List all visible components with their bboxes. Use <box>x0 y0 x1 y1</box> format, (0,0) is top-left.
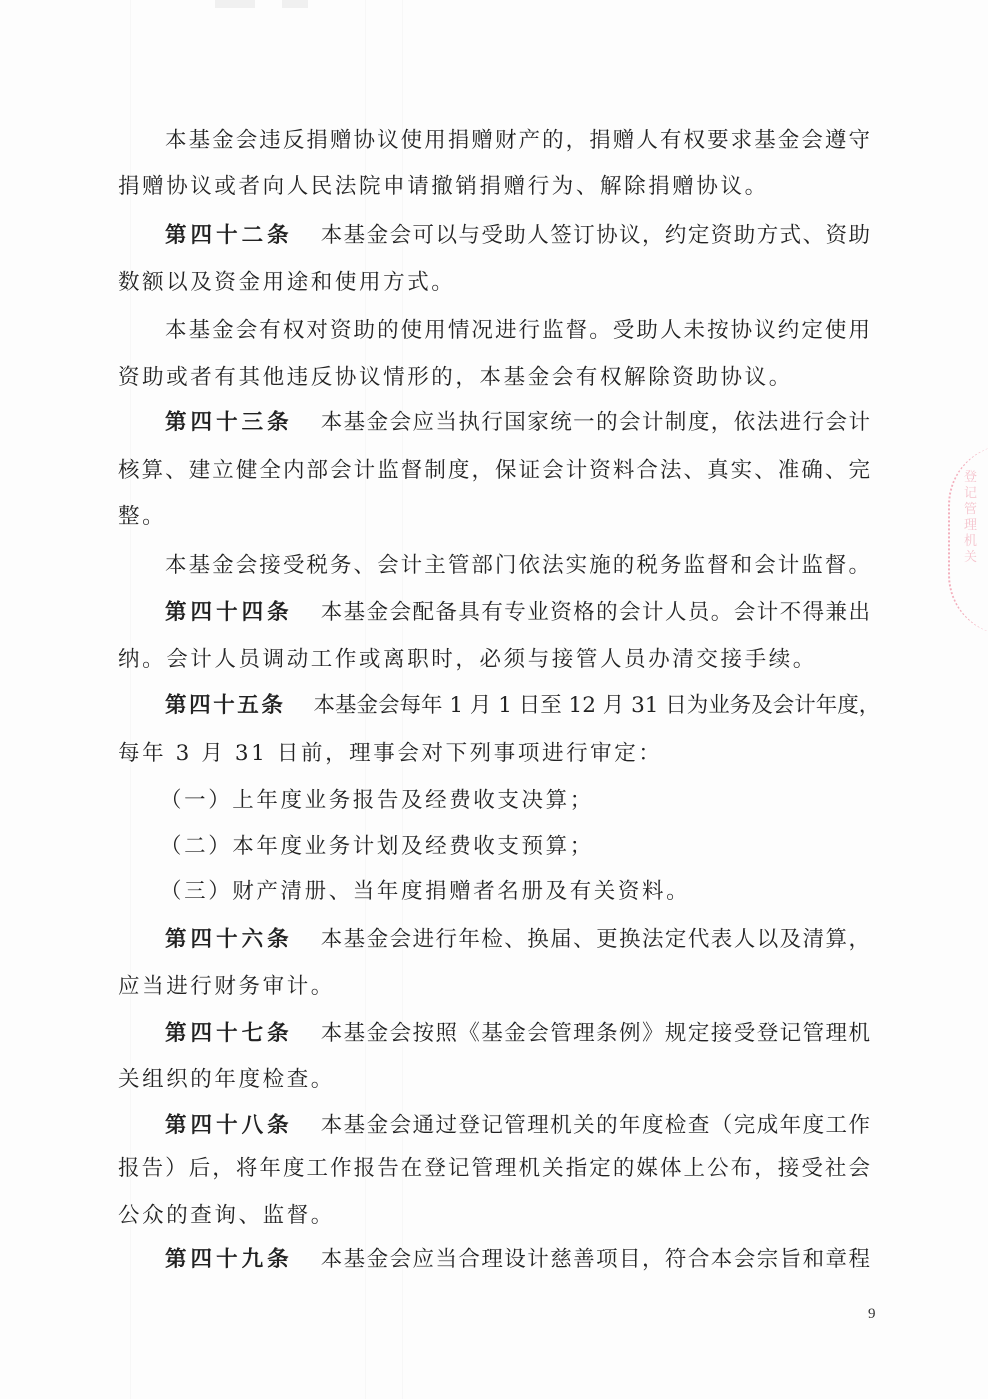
scan-artifact <box>130 0 131 1399</box>
article-line: 第四十七条本基金会按照《基金会管理条例》规定接受登记管理机 <box>165 1019 870 1049</box>
text-line: 每年 3 月 31 日前，理事会对下列事项进行审定： <box>118 739 878 769</box>
list-item: （三）财产清册、当年度捐赠者名册及有关资料。 <box>160 877 920 907</box>
article-number: 第四十三条 <box>165 410 293 435</box>
line-text: 资助或者有其他违反协议情形的，本基金会有权解除资助协议。 <box>118 365 793 390</box>
list-item: （一）上年度业务报告及经费收支决算； <box>160 786 920 816</box>
document-page: 登记管理机关 本基金会违反捐赠协议使用捐赠财产的，捐赠人有权要求基金会遵守 捐赠… <box>0 0 988 1399</box>
line-text: 应当进行财务审计。 <box>118 974 335 999</box>
line-text: 捐赠协议或者向人民法院申请撤销捐赠行为、解除捐赠协议。 <box>118 174 769 199</box>
line-text: 纳。会计人员调动工作或离职时，必须与接管人员办清交接手续。 <box>118 647 817 672</box>
line-text: 本基金会应当合理设计慈善项目，符合本会宗旨和章程 <box>321 1247 870 1272</box>
article-number: 第四十七条 <box>165 1021 293 1046</box>
line-text: 每年 3 月 31 日前，理事会对下列事项进行审定： <box>118 741 662 766</box>
line-text: 本基金会通过登记管理机关的年度检查（完成年度工作 <box>321 1113 870 1138</box>
line-text: （一）上年度业务报告及经费收支决算； <box>160 788 594 813</box>
line-text: （三）财产清册、当年度捐赠者名册及有关资料。 <box>160 879 690 904</box>
text-line: 本基金会有权对资助的使用情况进行监督。受助人未按协议约定使用 <box>165 316 870 346</box>
text-line: 关组织的年度检查。 <box>118 1065 878 1095</box>
article-line: 第四十二条本基金会可以与受助人签订协议，约定资助方式、资助 <box>165 221 870 251</box>
article-line: 第四十九条本基金会应当合理设计慈善项目，符合本会宗旨和章程 <box>165 1245 870 1275</box>
line-text: 报告）后，将年度工作报告在登记管理机关指定的媒体上公布，接受社会 <box>118 1156 870 1181</box>
article-line: 第四十六条本基金会进行年检、换届、更换法定代表人以及清算， <box>165 925 870 955</box>
seal-stamp-text: 登记管理机关 <box>964 470 978 566</box>
line-text: 数额以及资金用途和使用方式。 <box>118 270 455 295</box>
text-line: 整。 <box>118 502 878 532</box>
text-line: 数额以及资金用途和使用方式。 <box>118 268 878 298</box>
article-number: 第四十六条 <box>165 927 293 952</box>
text-line: 本基金会违反捐赠协议使用捐赠财产的，捐赠人有权要求基金会遵守 <box>165 126 870 156</box>
text-line: 资助或者有其他违反协议情形的，本基金会有权解除资助协议。 <box>118 363 878 393</box>
line-text: （二）本年度业务计划及经费收支预算； <box>160 834 594 859</box>
page-number: 9 <box>868 1306 876 1323</box>
text-line: 捐赠协议或者向人民法院申请撤销捐赠行为、解除捐赠协议。 <box>118 172 878 202</box>
scan-artifact <box>215 0 255 8</box>
line-text: 本基金会可以与受助人签订协议，约定资助方式、资助 <box>321 223 870 248</box>
line-text: 本基金会配备具有专业资格的会计人员。会计不得兼出 <box>321 600 870 625</box>
line-text: 本基金会接受税务、会计主管部门依法实施的税务监督和会计监督。 <box>165 553 870 578</box>
article-line: 第四十五条本基金会每年 1 月 1 日至 12 月 31 日为业务及会计年度， <box>165 691 870 721</box>
text-line: 公众的查询、监督。 <box>118 1201 878 1231</box>
line-text: 本基金会有权对资助的使用情况进行监督。受助人未按协议约定使用 <box>165 318 870 343</box>
article-number: 第四十八条 <box>165 1113 293 1138</box>
text-line: 应当进行财务审计。 <box>118 972 878 1002</box>
text-line: 核算、建立健全内部会计监督制度，保证会计资料合法、真实、准确、完 <box>118 456 870 486</box>
list-item: （二）本年度业务计划及经费收支预算； <box>160 832 920 862</box>
line-text: 本基金会违反捐赠协议使用捐赠财产的，捐赠人有权要求基金会遵守 <box>165 128 870 153</box>
article-line: 第四十四条本基金会配备具有专业资格的会计人员。会计不得兼出 <box>165 598 870 628</box>
line-text: 本基金会应当执行国家统一的会计制度，依法进行会计 <box>321 410 870 435</box>
article-line: 第四十八条本基金会通过登记管理机关的年度检查（完成年度工作 <box>165 1111 870 1141</box>
article-number: 第四十九条 <box>165 1247 293 1272</box>
line-text: 整。 <box>118 504 166 529</box>
article-number: 第四十二条 <box>165 223 293 248</box>
article-number: 第四十四条 <box>165 600 293 625</box>
line-text: 本基金会每年 1 月 1 日至 12 月 31 日为业务及会计年度， <box>314 693 881 718</box>
text-line: 纳。会计人员调动工作或离职时，必须与接管人员办清交接手续。 <box>118 645 878 675</box>
line-text: 关组织的年度检查。 <box>118 1067 335 1092</box>
article-number: 第四十五条 <box>165 693 286 718</box>
scan-artifact <box>282 0 308 8</box>
line-text: 核算、建立健全内部会计监督制度，保证会计资料合法、真实、准确、完 <box>118 458 870 483</box>
line-text: 公众的查询、监督。 <box>118 1203 335 1228</box>
article-line: 第四十三条本基金会应当执行国家统一的会计制度，依法进行会计 <box>165 408 870 438</box>
text-line: 报告）后，将年度工作报告在登记管理机关指定的媒体上公布，接受社会 <box>118 1154 870 1184</box>
line-text: 本基金会按照《基金会管理条例》规定接受登记管理机 <box>321 1021 870 1046</box>
line-text: 本基金会进行年检、换届、更换法定代表人以及清算， <box>321 927 870 952</box>
text-line: 本基金会接受税务、会计主管部门依法实施的税务监督和会计监督。 <box>165 551 870 581</box>
